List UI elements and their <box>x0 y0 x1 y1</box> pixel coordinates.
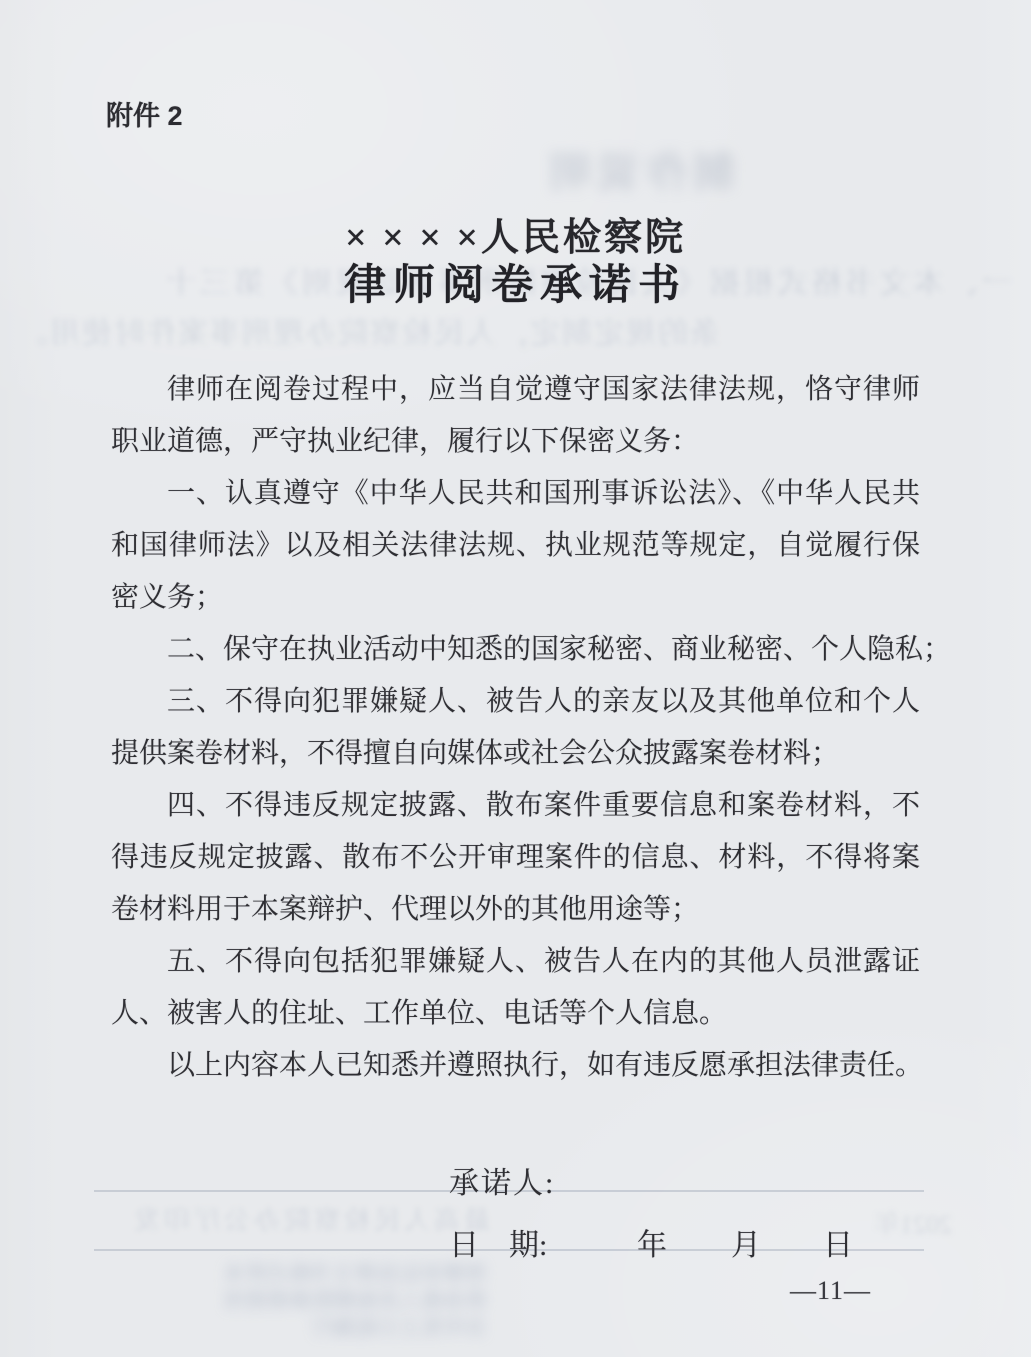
bleed-through-line-artifact: 条的规定制定，人民检察院办理刑事案件时使用。 <box>100 308 720 352</box>
bleed-through-line-artifact: 最高人民检察院办公厅印发 <box>150 1200 490 1237</box>
document-body: 律师在阅卷过程中，应当自觉遵守国家法律法规，恪守律师职业道德，严守执业纪律，履行… <box>111 364 920 1092</box>
day-label: 日 <box>823 1220 853 1264</box>
bleed-through-block-artifact: 刑事诉讼法律文书格式样本 供各级人民检察院参照使用 自印发之日起施行 <box>133 1260 487 1344</box>
body-line: 和国律师法》以及相关法律法规、执业规范等规定，自觉履行保 <box>111 520 920 572</box>
body-line: 提供案卷材料，不得擅自向媒体或社会公众披露案卷材料； <box>111 728 920 780</box>
body-line: 四、不得违反规定披露、散布案件重要信息和案卷材料，不 <box>111 780 920 832</box>
body-line: 一、认真遵守《中华人民共和国刑事诉讼法》、《中华人民共 <box>111 468 920 520</box>
promisor-label: 承诺人: <box>449 1158 555 1202</box>
bleed-through-heading-artifact: 制作说明 <box>585 140 735 200</box>
month-label: 月 <box>731 1220 761 1264</box>
attachment-label: 附件 2 <box>106 94 183 133</box>
document-title: 律师阅卷承诺书 <box>0 252 1031 312</box>
body-line: 五、不得向包括犯罪嫌疑人、被告人在内的其他人员泄露证 <box>111 936 920 988</box>
year-label: 年 <box>637 1220 667 1264</box>
body-line: 密义务； <box>111 572 920 624</box>
page-number: —11— <box>790 1276 871 1306</box>
body-line: 职业道德，严守执业纪律，履行以下保密义务： <box>111 416 920 468</box>
body-line: 二、保守在执业活动中知悉的国家秘密、商业秘密、个人隐私； <box>111 624 920 676</box>
body-line: 得违反规定披露、散布不公开审理案件的信息、材料，不得将案 <box>111 832 920 884</box>
body-line: 律师在阅卷过程中，应当自觉遵守国家法律法规，恪守律师 <box>111 364 920 416</box>
scanned-page: 制作说明 一、本文书格式根据《人民检察院刑事诉讼规则》第三十 条的规定制定，人民… <box>0 0 1031 1357</box>
body-line: 以上内容本人已知悉并遵照执行，如有违反愿承担法律责任。 <box>111 1040 920 1092</box>
body-line: 人、被害人的住址、工作单位、电话等个人信息。 <box>111 988 920 1040</box>
date-label: 日 期: <box>449 1220 547 1264</box>
body-line: 卷材料用于本案辩护、代理以外的其他用途等； <box>111 884 920 936</box>
body-line: 三、不得向犯罪嫌疑人、被告人的亲友以及其他单位和个人 <box>111 676 920 728</box>
